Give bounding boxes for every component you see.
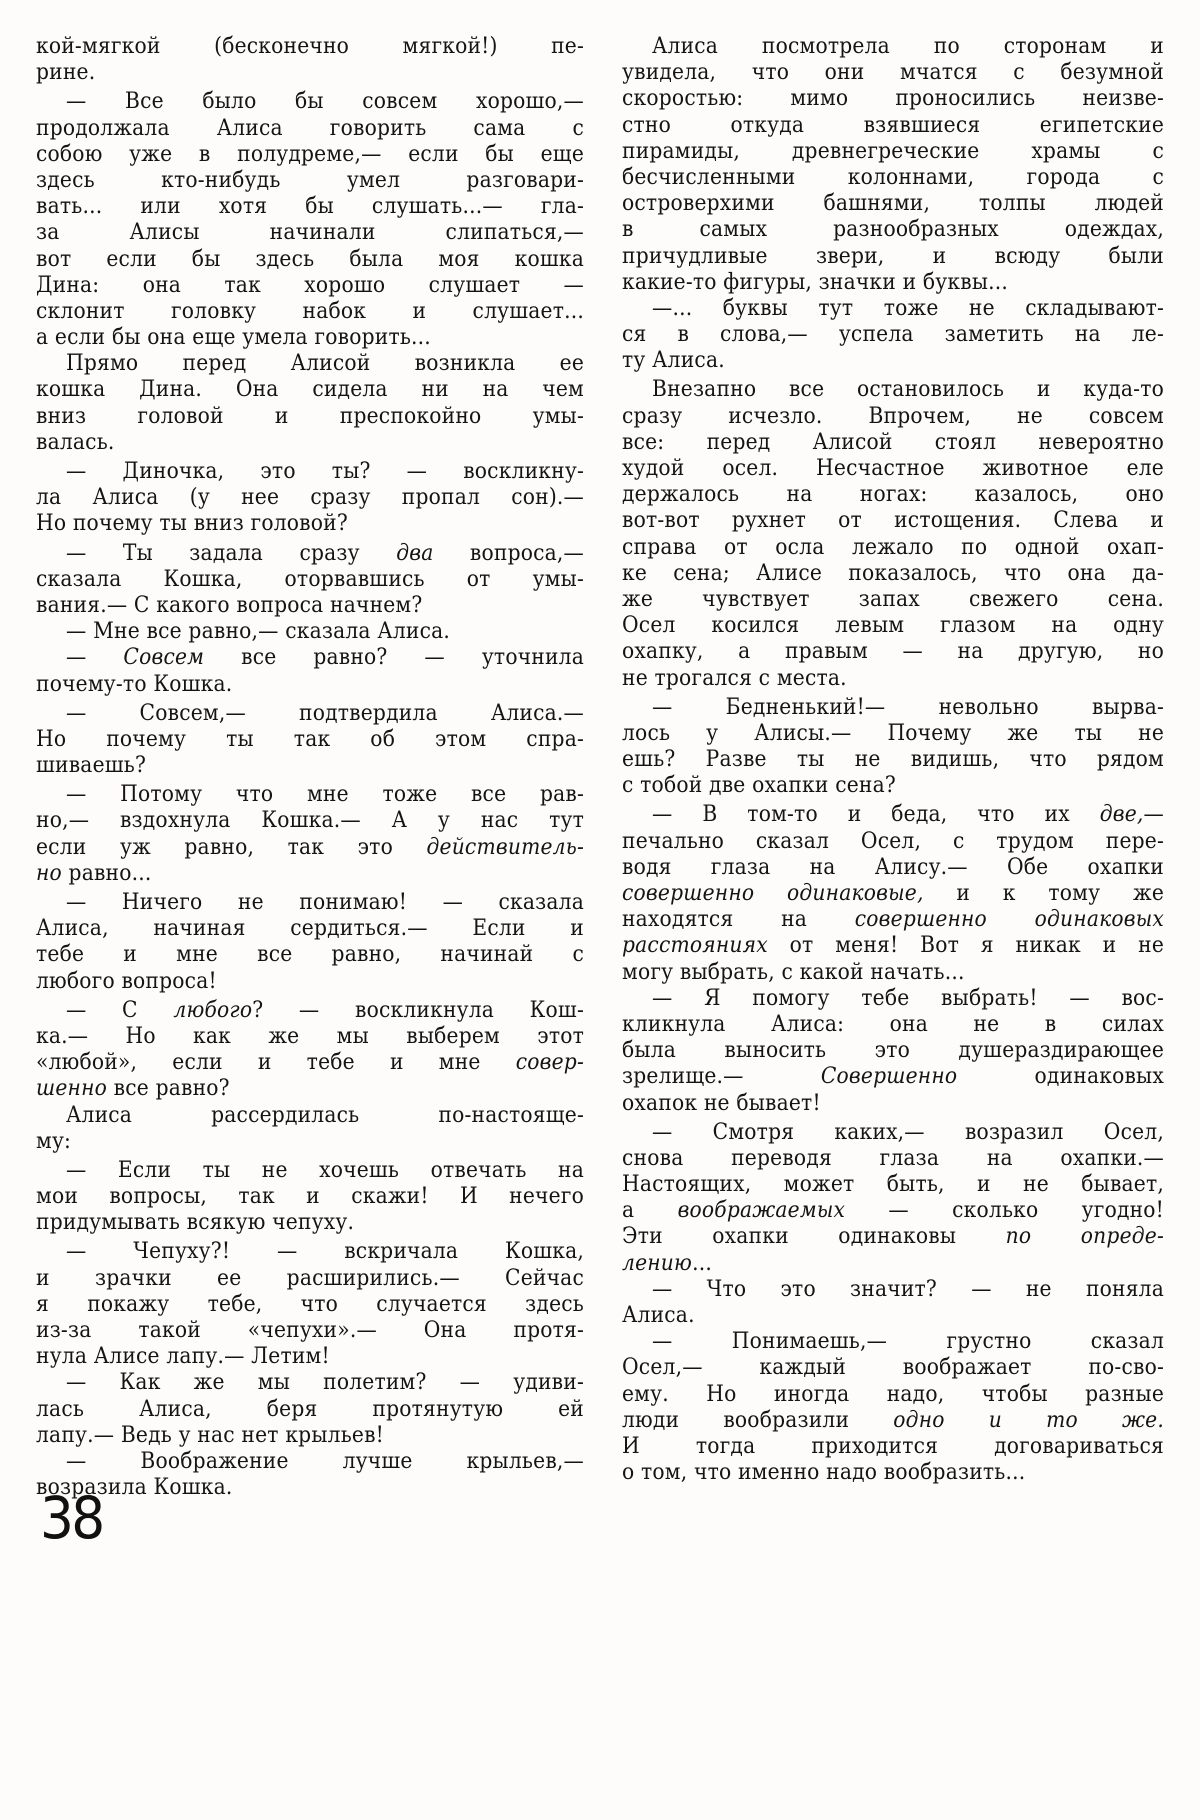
text-segment: му: bbox=[36, 1128, 71, 1154]
text-line: справа от осла лежало по одной охап- bbox=[622, 534, 1164, 560]
text-segment: — Потому что мне тоже все рав- bbox=[66, 781, 584, 807]
text-line: — Все было бы совсем хорошо,— bbox=[36, 88, 584, 114]
text-segment: бесчисленными колоннами, города с bbox=[622, 164, 1164, 190]
text-segment: вопроса,— bbox=[433, 540, 584, 566]
text-line: почему-то Кошка. bbox=[36, 671, 584, 697]
text-line: кошка Дина. Она сидела ни на чем bbox=[36, 376, 584, 402]
text-line: валась. bbox=[36, 429, 584, 455]
text-line: Настоящих, может быть, и не бывает, bbox=[622, 1171, 1164, 1197]
text-line: продолжала Алиса говорить сама с bbox=[36, 115, 584, 141]
text-line: — Как же мы полетим? — удиви- bbox=[36, 1369, 584, 1395]
text-segment: — Совсем,— подтвердила Алиса.— bbox=[66, 700, 584, 726]
text-segment: — Я помогу тебе выбрать! — вос- bbox=[652, 985, 1164, 1011]
text-line: Алиса. bbox=[622, 1302, 1164, 1328]
text-line: а если бы она еще умела говорить... bbox=[36, 324, 584, 350]
text-segment: причудливые звери, и всюду были bbox=[622, 243, 1164, 269]
text-line: худой осел. Несчастное животное еле bbox=[622, 455, 1164, 481]
text-line: о том, что именно надо вообразить... bbox=[622, 1459, 1164, 1485]
text-line: кой-мягкой (бесконечно мягкой!) пе- bbox=[36, 33, 584, 59]
italic-text-segment: Совершенно bbox=[821, 1063, 957, 1089]
text-line: держалось на ногах: казалось, оно bbox=[622, 481, 1164, 507]
text-segment: — Что это значит? — не поняла bbox=[652, 1276, 1164, 1302]
text-line: ему. Но иногда надо, чтобы разные bbox=[622, 1381, 1164, 1407]
text-segment: от меня! Вот я никак и не bbox=[768, 932, 1164, 958]
text-segment: вот-вот рухнет от истощения. Слева и bbox=[622, 507, 1164, 533]
text-segment: — Все было бы совсем хорошо,— bbox=[66, 88, 584, 114]
text-segment: лапу.— Ведь у нас нет крыльев! bbox=[36, 1422, 384, 1448]
text-line: тебе и мне все равно, начинай с bbox=[36, 941, 584, 967]
text-line: здесь кто-нибудь умел разговари- bbox=[36, 167, 584, 193]
text-segment: Алиса рассердилась по-настояще- bbox=[66, 1102, 584, 1128]
text-line: Прямо перед Алисой возникла ее bbox=[36, 350, 584, 376]
text-segment: — Бедненький!— невольно вырва- bbox=[652, 694, 1164, 720]
text-line: склонит головку набок и слушает... bbox=[36, 298, 584, 324]
text-line: — Если ты не хочешь отвечать на bbox=[36, 1157, 584, 1183]
text-segment: справа от осла лежало по одной охап- bbox=[622, 534, 1164, 560]
text-segment: тебе и мне все равно, начинай с bbox=[36, 941, 584, 967]
text-line: снова переводя глаза на охапки.— bbox=[622, 1145, 1164, 1171]
text-line: лапу.— Ведь у нас нет крыльев! bbox=[36, 1422, 584, 1448]
text-segment: не трогался с места. bbox=[622, 665, 847, 691]
text-segment: из-за такой «чепухи».— Она протя- bbox=[36, 1317, 584, 1343]
text-line: Дина: она так хорошо слушает — bbox=[36, 272, 584, 298]
text-segment: — В том-то и беда, что их bbox=[652, 801, 1100, 827]
italic-text-segment: две, bbox=[1100, 801, 1144, 827]
text-segment: И тогда приходится договариваться bbox=[622, 1433, 1164, 1459]
text-line: Алиса посмотрела по сторонам и bbox=[622, 33, 1164, 59]
text-segment: островерхими башнями, толпы людей bbox=[622, 190, 1164, 216]
text-line: возразила Кошка. bbox=[36, 1474, 584, 1500]
text-line: Но почему ты вниз головой? bbox=[36, 510, 584, 536]
text-line: водя глаза на Алису.— Обе охапки bbox=[622, 854, 1164, 880]
text-line: Осел косился левым глазом на одну bbox=[622, 612, 1164, 638]
text-segment: охапку, а правым — на другую, но bbox=[622, 638, 1164, 664]
text-line: вниз головой и преспокойно умы- bbox=[36, 403, 584, 429]
text-segment: — Смотря каких,— возразил Осел, bbox=[652, 1119, 1164, 1145]
text-line: — Бедненький!— невольно вырва- bbox=[622, 694, 1164, 720]
text-segment: ... bbox=[692, 1250, 712, 1276]
text-segment: лось у Алисы.— Почему же ты не bbox=[622, 720, 1164, 746]
text-segment: находятся на bbox=[622, 906, 855, 932]
text-line: ту Алиса. bbox=[622, 347, 1164, 373]
text-segment: вот если бы здесь была моя кошка bbox=[36, 246, 584, 272]
italic-text-segment: совершенно одинаковых bbox=[855, 906, 1164, 932]
text-line: — Совсем все равно? — уточнила bbox=[36, 644, 584, 670]
text-line: любого вопроса! bbox=[36, 968, 584, 994]
text-line: — Чепуху?! — вскричала Кошка, bbox=[36, 1238, 584, 1264]
text-line: — С любого? — воскликнула Кош- bbox=[36, 997, 584, 1023]
text-segment: если уж равно, так это bbox=[36, 834, 426, 860]
text-segment: любого вопроса! bbox=[36, 968, 217, 994]
text-segment: о том, что именно надо вообразить... bbox=[622, 1459, 1025, 1485]
text-line: ла Алиса (у нее сразу пропал сон).— bbox=[36, 484, 584, 510]
text-line: все: перед Алисой стоял невероятно bbox=[622, 429, 1164, 455]
page-number: 38 bbox=[40, 1484, 102, 1552]
text-line: — Совсем,— подтвердила Алиса.— bbox=[36, 700, 584, 726]
text-segment: худой осел. Несчастное животное еле bbox=[622, 455, 1164, 481]
text-segment: —... буквы тут тоже не складывают- bbox=[652, 295, 1164, 321]
text-line: придумывать всякую чепуху. bbox=[36, 1209, 584, 1235]
italic-text-segment: Совсем bbox=[123, 644, 204, 670]
text-segment: и зрачки ее расширились.— Сейчас bbox=[36, 1265, 584, 1291]
text-segment: рине. bbox=[36, 59, 95, 85]
text-segment: здесь кто-нибудь умел разговари- bbox=[36, 167, 584, 193]
text-segment: стно откуда взявшиеся египетские bbox=[622, 112, 1164, 138]
text-segment: могу выбрать, с какой начать... bbox=[622, 959, 965, 985]
text-line: бесчисленными колоннами, города с bbox=[622, 164, 1164, 190]
text-segment: все равно? — уточнила bbox=[204, 644, 584, 670]
text-segment: же чувствует запах свежего сена. bbox=[622, 586, 1164, 612]
text-segment: пирамиды, древнегреческие храмы с bbox=[622, 138, 1164, 164]
text-segment: Алиса, начиная сердиться.— Если и bbox=[36, 915, 584, 941]
italic-text-segment: одно и то же. bbox=[893, 1407, 1164, 1433]
text-line: шиваешь? bbox=[36, 752, 584, 778]
text-segment: ся в слова,— успела заметить на ле- bbox=[622, 321, 1164, 347]
text-segment: вания.— С какого вопроса начнем? bbox=[36, 592, 422, 618]
text-line: Алиса, начиная сердиться.— Если и bbox=[36, 915, 584, 941]
text-line: — Ты задала сразу два вопроса,— bbox=[36, 540, 584, 566]
text-line: рине. bbox=[36, 59, 584, 85]
text-segment: но,— вздохнула Кошка.— А у нас тут bbox=[36, 807, 584, 833]
text-segment: Осел косился левым глазом на одну bbox=[622, 612, 1164, 638]
text-line: лось у Алисы.— Почему же ты не bbox=[622, 720, 1164, 746]
text-segment: сказала Кошка, оторвавшись от умы- bbox=[36, 566, 584, 592]
italic-text-segment: расстояниях bbox=[622, 932, 768, 958]
text-line: лению... bbox=[622, 1250, 1164, 1276]
italic-text-segment: но bbox=[36, 860, 62, 886]
text-segment: шиваешь? bbox=[36, 752, 146, 778]
right-text-column: Алиса посмотрела по сторонам иувидела, ч… bbox=[622, 33, 1164, 1485]
text-line: и зрачки ее расширились.— Сейчас bbox=[36, 1265, 584, 1291]
text-line: не трогался с места. bbox=[622, 665, 1164, 691]
text-line: но равно... bbox=[36, 860, 584, 886]
italic-text-segment: два bbox=[396, 540, 433, 566]
text-line: собою уже в полудреме,— если бы еще bbox=[36, 141, 584, 167]
text-segment: — Чепуху?! — вскричала Кошка, bbox=[66, 1238, 584, 1264]
text-segment: Но почему ты так об этом спра- bbox=[36, 726, 584, 752]
text-segment: продолжала Алиса говорить сама с bbox=[36, 115, 584, 141]
text-line: ся в слова,— успела заметить на ле- bbox=[622, 321, 1164, 347]
text-segment: водя глаза на Алису.— Обе охапки bbox=[622, 854, 1164, 880]
text-line: — Мне все равно,— сказала Алиса. bbox=[36, 618, 584, 644]
text-segment: — Как же мы полетим? — удиви- bbox=[66, 1369, 584, 1395]
text-line: Эти охапки одинаковы по опреде- bbox=[622, 1223, 1164, 1249]
text-line: охапку, а правым — на другую, но bbox=[622, 638, 1164, 664]
text-segment: склонит головку набок и слушает... bbox=[36, 298, 584, 324]
text-line: островерхими башнями, толпы людей bbox=[622, 190, 1164, 216]
text-line: в самых разнообразных одеждах, bbox=[622, 216, 1164, 242]
text-segment: одинаковых bbox=[957, 1063, 1164, 1089]
text-line: ка.— Но как же мы выберем этот bbox=[36, 1023, 584, 1049]
text-line: скоростью: мимо проносились неизве- bbox=[622, 85, 1164, 111]
text-segment: ешь? Разве ты не видишь, что рядом bbox=[622, 746, 1164, 772]
text-segment: охапок не бывает! bbox=[622, 1090, 821, 1116]
text-line: сказала Кошка, оторвавшись от умы- bbox=[36, 566, 584, 592]
text-line: могу выбрать, с какой начать... bbox=[622, 959, 1164, 985]
text-segment: нула Алисе лапу.— Летим! bbox=[36, 1343, 330, 1369]
text-line: И тогда приходится договариваться bbox=[622, 1433, 1164, 1459]
text-line: Осел,— каждый воображает по-сво- bbox=[622, 1354, 1164, 1380]
italic-text-segment: шенно bbox=[36, 1075, 107, 1101]
text-segment: — bbox=[66, 644, 123, 670]
italic-text-segment: действитель- bbox=[426, 834, 584, 860]
text-line: вот если бы здесь была моя кошка bbox=[36, 246, 584, 272]
text-line: кликнула Алиса: она не в силах bbox=[622, 1011, 1164, 1037]
text-line: причудливые звери, и всюду были bbox=[622, 243, 1164, 269]
text-segment: Но почему ты вниз головой? bbox=[36, 510, 348, 536]
text-segment: — С bbox=[66, 997, 173, 1023]
text-segment: а если бы она еще умела говорить... bbox=[36, 324, 431, 350]
text-segment: вниз головой и преспокойно умы- bbox=[36, 403, 584, 429]
text-segment: Настоящих, может быть, и не бывает, bbox=[622, 1171, 1164, 1197]
italic-text-segment: по опреде- bbox=[1006, 1223, 1164, 1249]
text-segment: — Ты задала сразу bbox=[66, 540, 396, 566]
text-segment: — Ничего не понимаю! — сказала bbox=[66, 889, 584, 915]
text-segment: ла Алиса (у нее сразу пропал сон).— bbox=[36, 484, 584, 510]
italic-text-segment: любого bbox=[173, 997, 252, 1023]
italic-text-segment: воображаемых bbox=[678, 1197, 846, 1223]
text-segment: Внезапно все остановилось и куда-то bbox=[652, 376, 1164, 402]
text-segment: снова переводя глаза на охапки.— bbox=[622, 1145, 1164, 1171]
text-segment: почему-то Кошка. bbox=[36, 671, 232, 697]
text-segment: — Мне все равно,— сказала Алиса. bbox=[66, 618, 450, 644]
text-line: — Я помогу тебе выбрать! — вос- bbox=[622, 985, 1164, 1011]
text-line: нула Алисе лапу.— Летим! bbox=[36, 1343, 584, 1369]
text-line: вот-вот рухнет от истощения. Слева и bbox=[622, 507, 1164, 533]
text-segment: держалось на ногах: казалось, оно bbox=[622, 481, 1164, 507]
text-segment: собою уже в полудреме,— если бы еще bbox=[36, 141, 584, 167]
text-segment: Алиса. bbox=[622, 1302, 695, 1328]
text-segment: — сколько угодно! bbox=[845, 1197, 1164, 1223]
italic-text-segment: лению bbox=[622, 1250, 692, 1276]
text-line: за Алисы начинали слипаться,— bbox=[36, 219, 584, 245]
text-segment: мои вопросы, так и скажи! И нечего bbox=[36, 1183, 584, 1209]
text-segment: с тобой две охапки сена? bbox=[622, 772, 896, 798]
text-line: из-за такой «чепухи».— Она протя- bbox=[36, 1317, 584, 1343]
text-line: расстояниях от меня! Вот я никак и не bbox=[622, 932, 1164, 958]
text-segment: была выносить это душераздирающее bbox=[622, 1037, 1164, 1063]
text-line: «любой», если и тебе и мне совер- bbox=[36, 1049, 584, 1075]
text-line: — Ничего не понимаю! — сказала bbox=[36, 889, 584, 915]
text-line: — Смотря каких,— возразил Осел, bbox=[622, 1119, 1164, 1145]
text-segment: ке сена; Алисе показалось, что она да- bbox=[622, 560, 1164, 586]
text-line: вать... или хотя бы слушать...— гла- bbox=[36, 193, 584, 219]
text-line: сразу исчезло. Впрочем, не совсем bbox=[622, 403, 1164, 429]
text-segment: вать... или хотя бы слушать...— гла- bbox=[36, 193, 584, 219]
text-line: — Диночка, это ты? — воскликну- bbox=[36, 458, 584, 484]
text-line: ке сена; Алисе показалось, что она да- bbox=[622, 560, 1164, 586]
text-segment: люди вообразили bbox=[622, 1407, 893, 1433]
text-segment: лась Алиса, беря протянутую ей bbox=[36, 1396, 584, 1422]
text-segment: зрелище.— bbox=[622, 1063, 821, 1089]
text-segment: — bbox=[1144, 801, 1164, 827]
text-segment: все: перед Алисой стоял невероятно bbox=[622, 429, 1164, 455]
text-line: увидела, что они мчатся с безумной bbox=[622, 59, 1164, 85]
text-segment: Эти охапки одинаковы bbox=[622, 1223, 1006, 1249]
text-segment: и к тому же bbox=[924, 880, 1164, 906]
text-line: я покажу тебе, что случается здесь bbox=[36, 1291, 584, 1317]
left-text-column: кой-мягкой (бесконечно мягкой!) пе-рине.… bbox=[36, 33, 584, 1500]
text-line: Но почему ты так об этом спра- bbox=[36, 726, 584, 752]
text-line: пирамиды, древнегреческие храмы с bbox=[622, 138, 1164, 164]
text-segment: — Воображение лучше крыльев,— bbox=[66, 1448, 584, 1474]
text-segment: Алиса посмотрела по сторонам и bbox=[652, 33, 1164, 59]
text-line: лась Алиса, беря протянутую ей bbox=[36, 1396, 584, 1422]
text-segment: равно... bbox=[62, 860, 152, 886]
text-segment: печально сказал Осел, с трудом пере- bbox=[622, 828, 1164, 854]
text-segment: придумывать всякую чепуху. bbox=[36, 1209, 354, 1235]
text-segment: кой-мягкой (бесконечно мягкой!) пе- bbox=[36, 33, 584, 59]
text-segment: валась. bbox=[36, 429, 115, 455]
text-line: — Потому что мне тоже все рав- bbox=[36, 781, 584, 807]
text-line: какие-то фигуры, значки и буквы... bbox=[622, 269, 1164, 295]
text-segment: какие-то фигуры, значки и буквы... bbox=[622, 269, 1008, 295]
text-segment: ему. Но иногда надо, чтобы разные bbox=[622, 1381, 1164, 1407]
text-line: люди вообразили одно и то же. bbox=[622, 1407, 1164, 1433]
text-line: — Воображение лучше крыльев,— bbox=[36, 1448, 584, 1474]
text-segment: я покажу тебе, что случается здесь bbox=[36, 1291, 584, 1317]
text-segment: ? — воскликнула Кош- bbox=[252, 997, 584, 1023]
text-line: же чувствует запах свежего сена. bbox=[622, 586, 1164, 612]
text-line: Внезапно все остановилось и куда-то bbox=[622, 376, 1164, 402]
text-line: но,— вздохнула Кошка.— А у нас тут bbox=[36, 807, 584, 833]
text-line: — В том-то и беда, что их две,— bbox=[622, 801, 1164, 827]
text-line: — Что это значит? — не поняла bbox=[622, 1276, 1164, 1302]
text-line: му: bbox=[36, 1128, 584, 1154]
text-segment: кликнула Алиса: она не в силах bbox=[622, 1011, 1164, 1037]
text-segment: «любой», если и тебе и мне bbox=[36, 1049, 516, 1075]
text-line: зрелище.— Совершенно одинаковых bbox=[622, 1063, 1164, 1089]
text-segment: Прямо перед Алисой возникла ее bbox=[66, 350, 584, 376]
text-segment: все равно? bbox=[107, 1075, 230, 1101]
text-line: — Понимаешь,— грустно сказал bbox=[622, 1328, 1164, 1354]
italic-text-segment: совер- bbox=[516, 1049, 584, 1075]
text-line: совершенно одинаковые, и к тому же bbox=[622, 880, 1164, 906]
text-segment: а bbox=[622, 1197, 678, 1223]
text-line: с тобой две охапки сена? bbox=[622, 772, 1164, 798]
text-line: вания.— С какого вопроса начнем? bbox=[36, 592, 584, 618]
text-line: если уж равно, так это действитель- bbox=[36, 834, 584, 860]
text-line: находятся на совершенно одинаковых bbox=[622, 906, 1164, 932]
text-segment: — Диночка, это ты? — воскликну- bbox=[66, 458, 584, 484]
text-segment: сразу исчезло. Впрочем, не совсем bbox=[622, 403, 1164, 429]
text-line: —... буквы тут тоже не складывают- bbox=[622, 295, 1164, 321]
text-segment: — Если ты не хочешь отвечать на bbox=[66, 1157, 584, 1183]
text-line: охапок не бывает! bbox=[622, 1090, 1164, 1116]
italic-text-segment: совершенно одинаковые, bbox=[622, 880, 924, 906]
text-segment: ту Алиса. bbox=[622, 347, 725, 373]
text-segment: за Алисы начинали слипаться,— bbox=[36, 219, 584, 245]
text-segment: увидела, что они мчатся с безумной bbox=[622, 59, 1164, 85]
text-segment: — Понимаешь,— грустно сказал bbox=[652, 1328, 1164, 1354]
text-line: ешь? Разве ты не видишь, что рядом bbox=[622, 746, 1164, 772]
text-segment: ка.— Но как же мы выберем этот bbox=[36, 1023, 584, 1049]
text-line: а воображаемых — сколько угодно! bbox=[622, 1197, 1164, 1223]
text-segment: Осел,— каждый воображает по-сво- bbox=[622, 1354, 1164, 1380]
text-line: стно откуда взявшиеся египетские bbox=[622, 112, 1164, 138]
text-line: шенно все равно? bbox=[36, 1075, 584, 1101]
text-segment: кошка Дина. Она сидела ни на чем bbox=[36, 376, 584, 402]
text-segment: в самых разнообразных одеждах, bbox=[622, 216, 1164, 242]
text-line: печально сказал Осел, с трудом пере- bbox=[622, 828, 1164, 854]
text-line: Алиса рассердилась по-настояще- bbox=[36, 1102, 584, 1128]
text-segment: Дина: она так хорошо слушает — bbox=[36, 272, 584, 298]
text-line: мои вопросы, так и скажи! И нечего bbox=[36, 1183, 584, 1209]
text-line: была выносить это душераздирающее bbox=[622, 1037, 1164, 1063]
text-segment: скоростью: мимо проносились неизве- bbox=[622, 85, 1164, 111]
